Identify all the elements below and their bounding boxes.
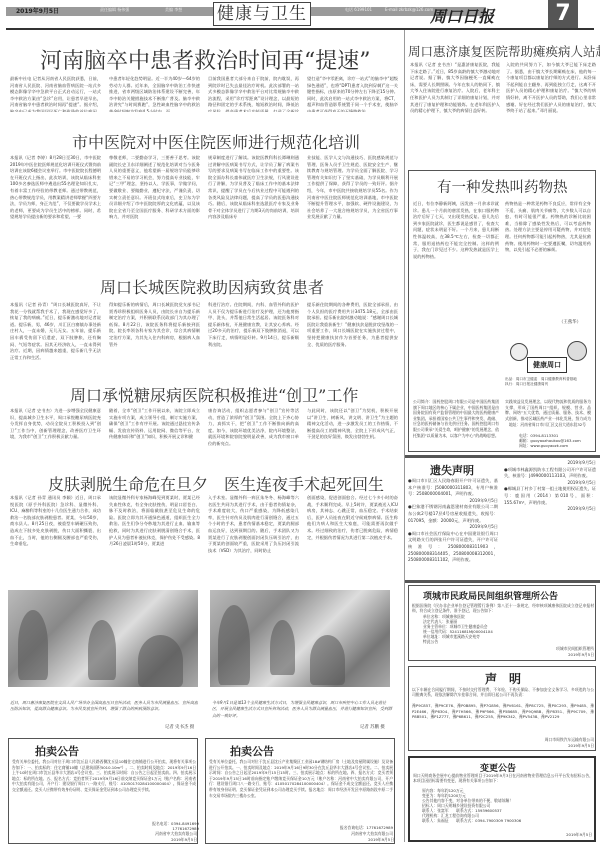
change-notice-date: 2019年9月5日 [520,832,592,837]
article-column: 该院显微外科专家杨海峰见到贾某时，贾某已经失血性休克，有全身皮肤挫伤，明显口唇苍… [109,495,200,577]
cartoon-credit-line: 执行：周口日报社健康周刊 [505,382,600,387]
article-column: 本报讯（记者 孙青）“周口长城医院真好，不让我花一分钱就帮我手术了，我现在感觉好… [10,302,101,374]
article-column: 最新中社电 记者从河南省人民医院获悉，日前，河南省人民医院、河南省脑血管病医院一… [10,76,101,112]
article-column: 本报讯（记者 史书杰）为进一步增强全民健康意识，提高城乡卫生水平，周口承悦糖尿病… [10,408,101,468]
section-divider [405,580,600,583]
issue-date: 2019年9月5日 [16,6,59,15]
declaration-body: 以下车辆在合同履行期间，不按时交付管理费、不年检、不购买保险、不参加安全义务学习… [412,687,594,697]
lost-notices-title: 遗失声明 [430,462,474,478]
drug-fever-box: 有一种发热叫药物热 近日，有位李静新阿姨，因发热一月余求诊就诊。患儿一个月前的唐… [408,170,596,452]
auction-notice-title: 拍卖公告 [230,743,274,759]
article-stroke-body: 最新中社电 记者从河南省人民医院获悉，日前，河南省人民医院、河南省脑血管病医院一… [10,76,398,112]
change-notice-lines: 原内容：每年约120万元 变更为：每年约1200万元 公告其他内容不变，对各单位… [422,788,592,823]
lost-notice-item: ●巴象港不锈钢河南鑫恩建材商业有限公司二期东公寓2号楼17层4号房屋收据遗失，收… [408,504,498,524]
article-tcm-body: 本报讯（记者 李婷）8月28日至30日，市中医院2019年中医住院医师规范化培训… [10,155,398,255]
headline-drug-fever: 有一种发热叫药物热 [437,176,568,197]
lost-notice-date: 2019年9月5日 [504,480,596,487]
lost-notice-date: 2019年9月5日 [408,498,498,505]
photo-health-event [8,590,198,687]
declaration-issuer: 周口市周铁汽车运输有限公司 [499,737,594,742]
article-column: 康咨询活动，组织志愿者参与“创卫”宣传等活动，营造了浓厚的“创卫”氛围。全院上下… [208,408,299,468]
article-column: 望打造“卒中零距离，诊疗一站式”的脑卒中“超级绿色通道”，也将“DPT(患者入院… [307,76,398,112]
phone-label: 电话 6199101 [345,7,372,13]
change-notice-body: 周口天明商务会展中心提前物业管理项目于2019年9月3日在河南省物业管理信息公开… [413,773,593,783]
doctor-cartoon-icon [567,341,587,361]
auction-notice-date: 2019年9月5日 [129,837,197,842]
article-column: 科进行治疗。住院期间，内科、血管外科的医护人员不仅为提乐新进行治疗及护理，还为他… [208,302,299,374]
declaration-notice: 声 明 以下车辆在合同履行期间，不按时交付管理费、不年检、不购买保险、不参加安全… [408,666,596,751]
civil-affairs-date: 2019年9月5日 [519,652,594,657]
civil-affairs-field: 特此公告 [423,639,573,644]
email-label: E-mail zkrbzk@126.com [385,7,433,12]
civil-affairs-fields: 单位名称：项城康伟医院 法定代表人：张丽丽 业务主管单位：项城市卫生健康委员会 … [423,614,573,644]
company-intro-left: 公司简介：国药控股周口有限公司是中国医药集团旗下周口地区的核心下属企业，中国医药… [413,399,499,451]
article-column: 药物热是一种常见药物不良反应，常伴有全身不适、头痛、肌肉关节痛等，大多数人可以自… [505,201,591,313]
nurse-cartoon-icon [510,343,528,361]
lost-notice-item: ●郸城县丁村乡丁村第一组土地使用权证遗失，证号：鹿国用（2014）第010号，面… [504,486,596,506]
article-column: 本报讯（记者 史书杰）“是惠济康复医院，我能下床走路了。”近日，85岁高龄的慎大… [410,62,500,152]
article-column: 入手术室。显微外科一病区朱冬冬、杨海峰等六名医生共同为其进行手术，由于患者伤情复… [208,495,299,577]
article-column: 中患者年轻化趋势明显。近一半为40岁～64岁的劳动力人群。近年来，全国脑卒中防治… [109,76,200,112]
paper-name-logo: 周口日报 [430,4,494,27]
article-column: 入院的共同努力下，如今慎大爷已能下床走路了。据悉，由于慎大爷长期瘫痪在床，他的每… [506,62,596,152]
photo-health-day [210,590,390,687]
photo-caption-2: 今年9月1日是第13个全民健康生活方式日，为增强全民健康意识，周口市疾控中心工作… [212,700,392,719]
civil-affairs-body: 根据国务院《民办非企业单位登记管理暂行条例》第八至十一条规定，经审核项城康伟医院… [412,603,594,613]
page-number: 7 [548,0,578,28]
auction-notice-date: 2019年9月5日 [326,837,394,842]
health-cartoon-illustration: 健康周口 出品：周口市卫健委 周口健康教育科普基地 执行：周口日报社健康周刊 [505,335,600,390]
civil-affairs-notice: 项城市民政局民间组织管理所公告 根据国务院《民办非企业单位登记管理暂行条例》第八… [408,585,596,661]
article-column: 近日，有位李静新阿姨，因发热一月余求诊就诊。患儿一个月前的唐雷发热，在家口服药物… [413,201,499,371]
headline-chengyue: 周口承悦糖尿病医院积极推进“创卫”工作 [70,383,358,406]
article-column: 尊敬老师，二要勤奋学习，三要善于思考。该院副院长史卫东详细阐述了规范化培训对当今… [109,155,200,255]
auction-notice-phone: 报名咨询电话：17761672989 [301,825,393,830]
article-column: 目前我国患者大部分来自于院前，院内耽误，再到院诊时已失去最佳治疗时机。此次部署的… [208,76,299,112]
declaration-plates: 豫P9C857、豫P9CE76、豫P0B895、豫P7G856、豫PV6161、… [412,703,594,720]
masthead: 2019年9月5日 责任编辑 杨伟强 美编 李想 健康与卫生 电话 619910… [0,0,600,44]
headline-changcheng: 周口长城医院救助因病致贫患者 [100,275,324,298]
article-chengyue-body: 本报讯（记者 史书杰）为进一步增强全民健康意识，提高城乡卫生水平，周口承悦糖尿病… [10,408,398,468]
article-skin-body: 本报讯（记者 孙青 通讯员 李颖）近日，周口承悦医院（原手外科医院）急诊科、显微… [10,495,398,577]
article-column: 随着，全市“创卫”工作开展以来，该院立即成立实施专项方案，成立领导小组，制订实施… [109,408,200,468]
article-column: 与此同时，该院还以“创卫”为契机，积极开展以“讲卫生、树新风、讲文明、讲卫生”为… [307,408,398,468]
photo-credit-2: 记者 苏鹏 摄 [360,724,385,730]
auction-notice-company: 河南省中大拍卖有限公司 [301,831,393,836]
article-column: 业技能、医学人文与沟通技巧、医院感染规范与管理、医务人员手卫生规范、医院安全生产… [307,155,398,255]
company-address: 地址：河南省周口市川汇区文昌大道东段32号 [509,422,593,427]
section-divider [405,455,600,458]
lost-notice-date: 2019年9月5日 [504,460,596,467]
health-zhoukou-sign: 健康周口 [527,357,567,373]
headline-huiji: 周口惠济康复医院帮助瘫痪病人站起来 [408,42,600,60]
lost-notice-item: ●周口市社会医疗保险中心在中国建设银行周口文明路支行的四张开户许可证遗失，开户许… [408,531,498,564]
change-notice: 变更公告 周口天明商务会展中心提前物业管理项目于2019年9月3日在河南省物业管… [408,756,596,842]
auction-notice-2: 拍卖公告 受有关单位委托，我公司对位于沈丘县沈丘产业集聚区工业园18#钢结构厂房… [205,738,395,844]
headline-tcm-training: 市中医院对中医住院医师进行规范化培训 [72,130,360,153]
article-column: 提乐新住院期间的各种费用，医院全部承担，由个人负担的医疗费用共计3475.18元… [307,302,398,374]
declaration-title: 声 明 [485,670,521,687]
lost-notices-left: ●周口市川汇区人民路春阳开户许可证遗失，基本户核准号：J508000031180… [408,478,498,578]
declaration-date: 2019年9月5日 [519,743,594,748]
article-huiji-body: 本报讯（记者 史书杰）“是惠济康复医院，我能下床走路了。”近日，85岁高龄的慎大… [410,62,596,152]
civil-affairs-issuer: 项城市民间组织管理所 [519,646,594,651]
photo-caption-1: 近日，周口惠济康复医院在文昌人民广场举办全国高血压日宣传活动，医务人员为市民测量… [10,700,198,713]
drug-fever-author: （王燕华） [559,319,581,325]
auction-notice-company: 河南省中大拍卖有限公司 [109,831,197,836]
design-label: 美编 李想 [165,7,182,13]
headline-stroke: 河南脑卒中患者救治时间再“提速” [40,44,371,75]
article-column: 得知提乐新的病情后，周口长城医院党支部书记贾秀珍积极组织医务人员，由院长亲自为提… [109,302,200,374]
section-title: 健康与卫生 [213,2,311,26]
lost-notices-right: 2019年9月5日 ●项城市林鑫源凯防水工程有限公司开户许可证遗失，核准号：J4… [504,460,596,578]
company-website: 网址：www.guoyaozk.com [519,443,593,448]
article-column: 本报讯（记者 李婷）8月28日至30日，市中医院2019年中医住院医师规范化培训… [10,155,101,255]
article-column: 本报讯（记者 孙青 通讯员 李颖）近日，周口承悦医院（原手外科医院）急诊科、显微… [10,495,101,577]
auction-notice-1: 拍卖公告 受有关单位委托，我公司对位于周口市沈丘县人民路西侧沈丘县10幢住宅商铺… [8,738,198,844]
lost-notice-date: 2019年9月5日 [504,506,596,513]
company-intro-right: 实践效益及发展理念，以现代物流和优质的服务为支撑，形成了国药周口“组织、规模、营… [505,399,591,421]
column-divider [404,30,405,842]
auction-notice-title: 拍卖公告 [35,743,79,759]
photo-credit-1: 记者 史书杰 摄 [165,724,194,730]
headline-skin: 皮肤剥脱生命危在旦夕 医生连夜手术起死回生 [48,472,384,495]
masthead-rule [6,28,594,30]
auction-notice-body: 受有关单位委托，我公司对位于周口市沈丘县人民路西侧沈丘县10幢住宅商铺进行公开拍… [12,759,196,821]
lost-notice-item: ●周口市川汇区人民路春阳开户许可证遗失，基本户核准号：J508000031180… [408,478,498,498]
article-column: 创面感染，促进创面愈合。经过七个多小时的奋战，手术顺利完成。早上5时许，贾某被送… [307,495,398,577]
cartoon-credit: 出品：周口市卫健委 周口健康教育科普基地 执行：周口日报社健康周刊 [505,377,600,387]
article-column: 规章制度进行了解读。该院医教科科长谭琳则通过讲解中医病案书写方式，让学员了解了病… [208,155,299,255]
article-changcheng-body: 本报讯（记者 孙青）“周口长城医院真好，不让我花一分钱就帮我手术了，我现在感觉好… [10,302,398,374]
lost-notice-date: 2019年9月5日 [408,524,498,531]
civil-affairs-title: 项城市民政局民间组织管理所公告 [423,589,558,602]
editor-label: 责任编辑 杨伟强 [100,7,129,13]
lost-notice-item: ●项城市林鑫源凯防水工程有限公司开户许可证遗失，核准号：J49900001131… [504,467,596,480]
auction-notice-body: 受有关单位委托，我公司对位于沈丘县沈丘产业集聚区工业园18#钢结构厂房（土地及房… [209,759,393,825]
change-notice-line: 联系人：朱福征 联系方式：0394-7900309 7900306 [422,818,592,823]
